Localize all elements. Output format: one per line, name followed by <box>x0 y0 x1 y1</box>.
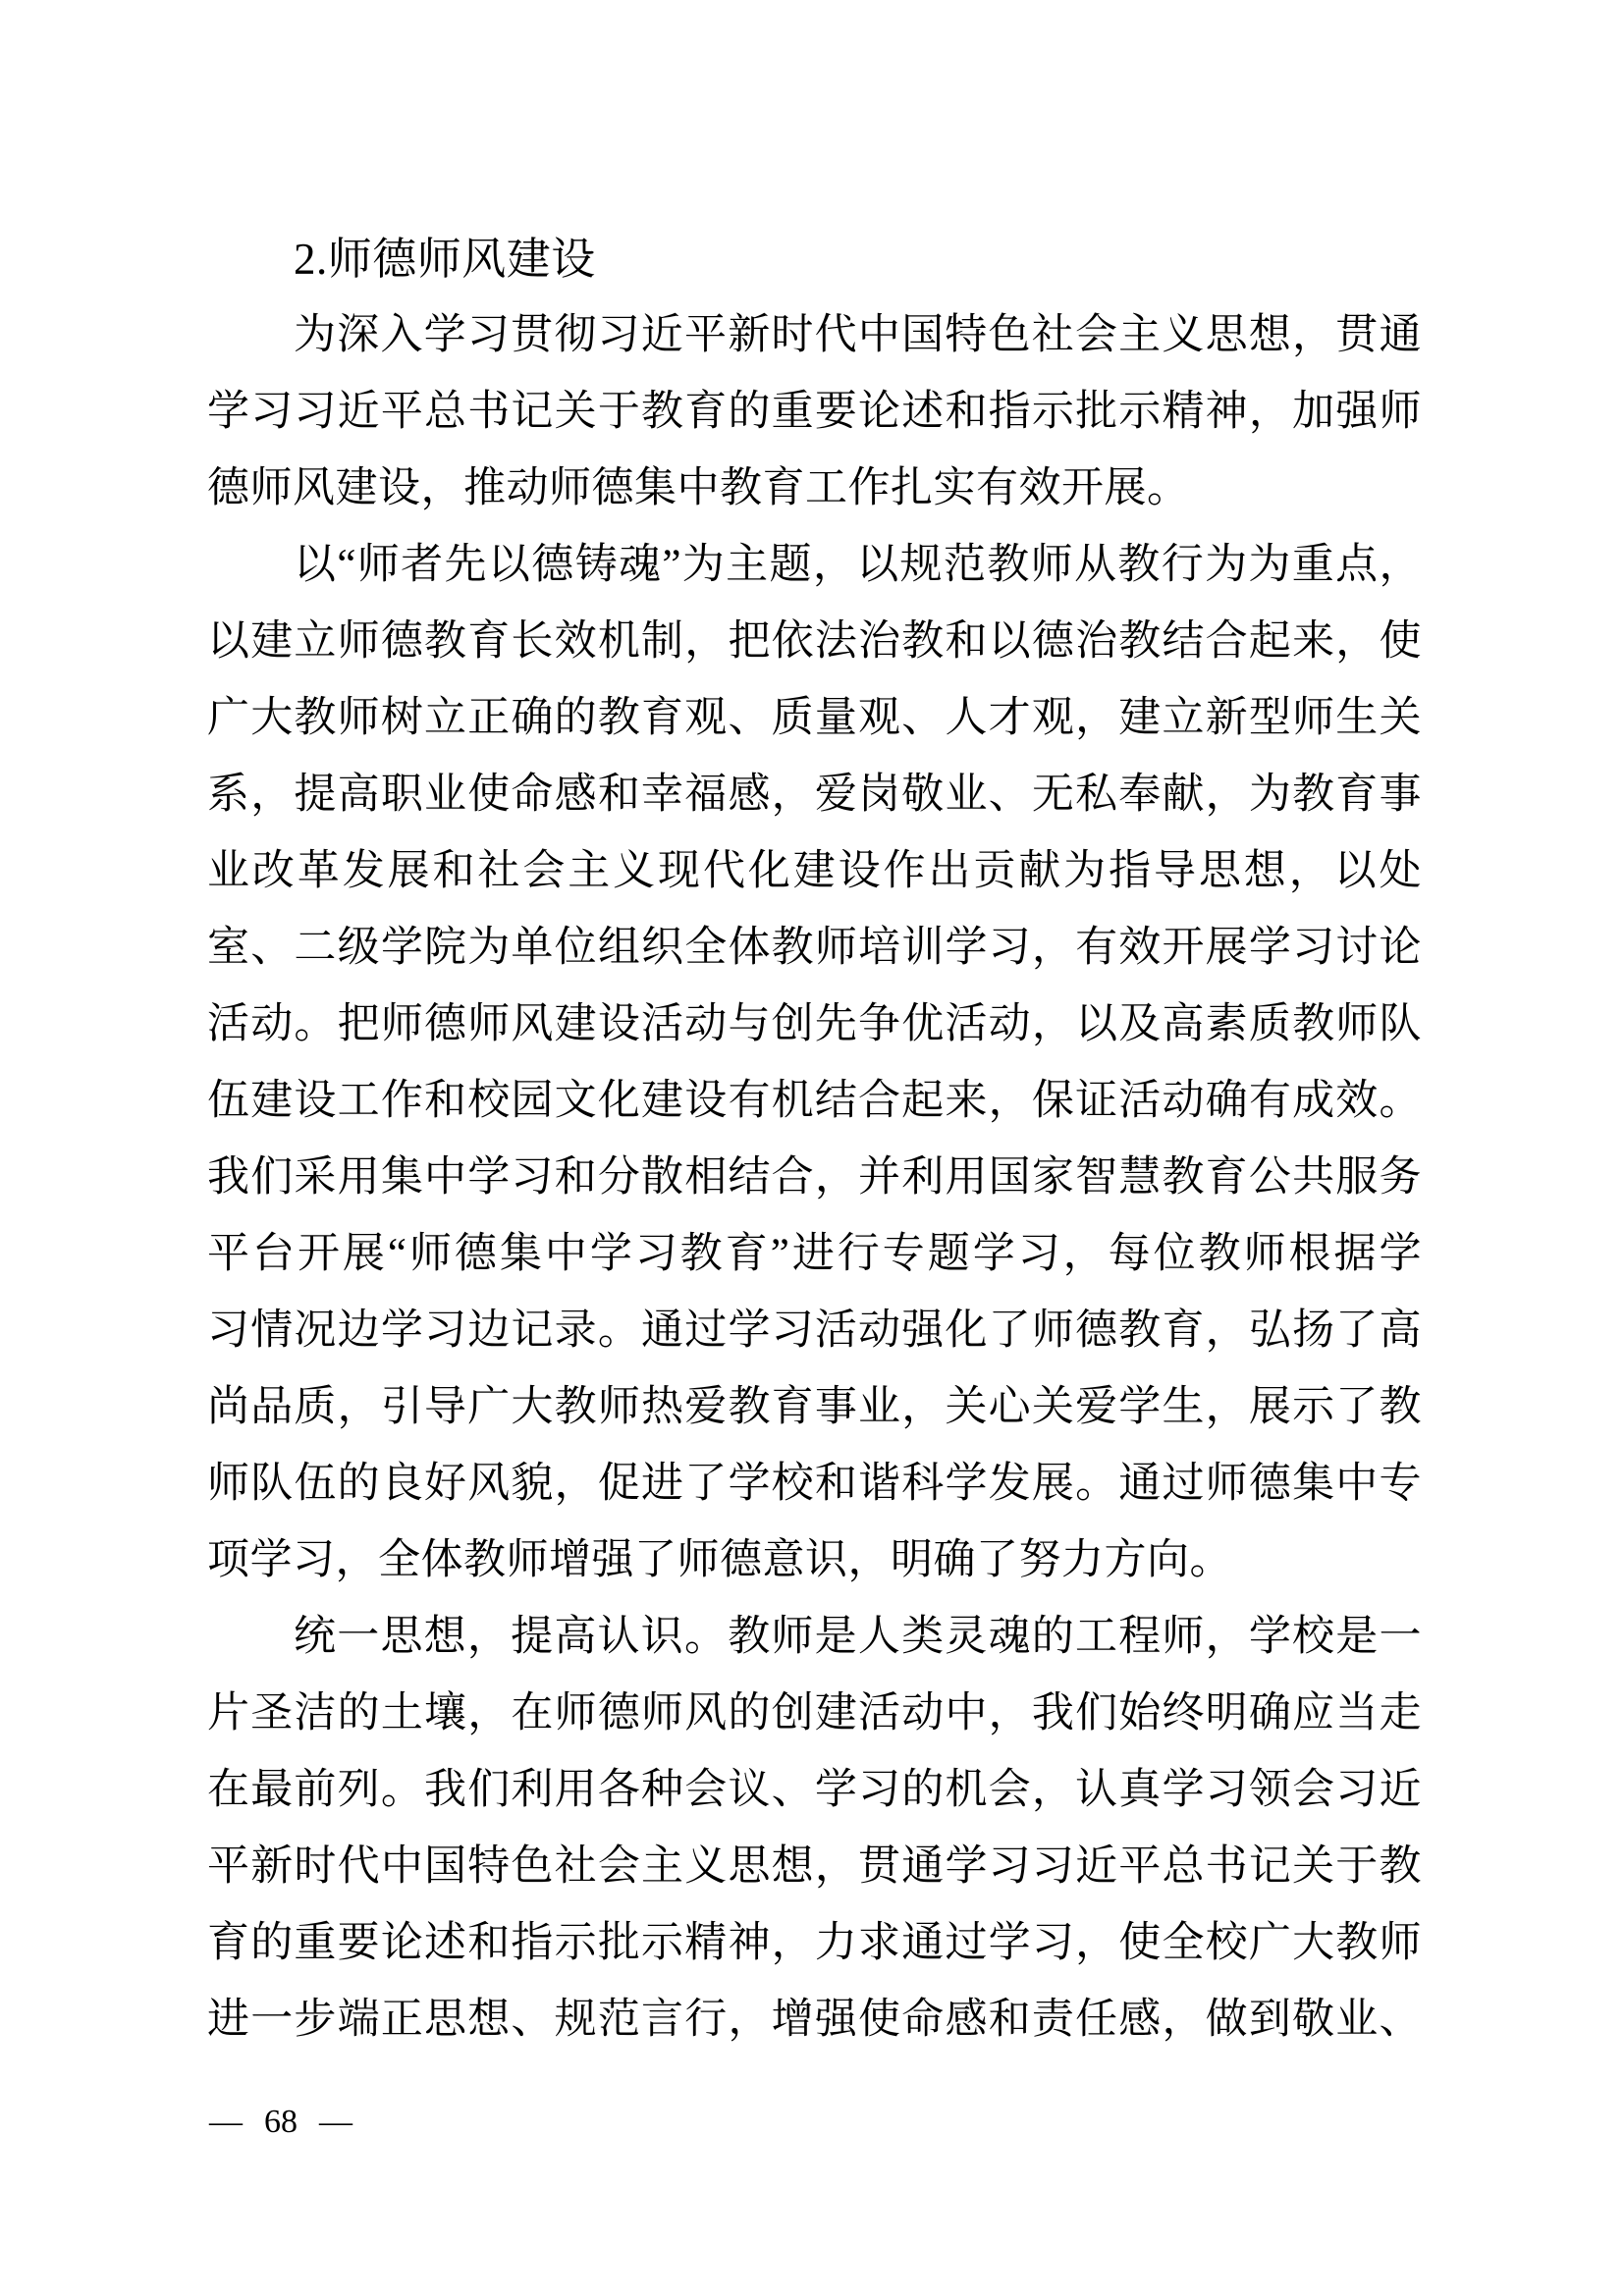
text-line: 育的重要论述和指示批示精神，力求通过学习，使全校广大教师 <box>207 1905 1422 1982</box>
text-line: 片圣洁的土壤，在师德师风的创建活动中，我们始终明确应当走 <box>207 1676 1422 1752</box>
text-line: 在最前列。我们利用各种会议、学习的机会，认真学习领会习近 <box>207 1752 1422 1829</box>
text-line: 系，提高职业使命感和幸福感，爱岗敬业、无私奉献，为教育事 <box>207 757 1422 833</box>
text-line: 习情况边学习边记录。通过学习活动强化了师德教育，弘扬了高 <box>207 1293 1422 1369</box>
paragraph: 为深入学习贯彻习近平新时代中国特色社会主义思想，贯通学习习近平总书记关于教育的重… <box>207 297 1422 527</box>
text-line: 业改革发展和社会主义现代化建设作出贡献为指导思想，以处 <box>207 833 1422 910</box>
text-line: 2.师德师风建设 <box>207 221 1422 297</box>
text-line: 伍建设工作和校园文化建设有机结合起来，保证活动确有成效。 <box>207 1063 1422 1140</box>
text-line: 为深入学习贯彻习近平新时代中国特色社会主义思想，贯通 <box>207 297 1422 374</box>
text-line: 平台开展“师德集中学习教育”进行专题学习，每位教师根据学 <box>207 1216 1422 1293</box>
page-footer: — 68 — <box>209 2097 352 2148</box>
text-line: 平新时代中国特色社会主义思想，贯通学习习近平总书记关于教 <box>207 1829 1422 1905</box>
text-line: 进一步端正思想、规范言行，增强使命感和责任感，做到敬业、 <box>207 1982 1422 2058</box>
page-number: 68 <box>264 2097 298 2148</box>
text-line: 德师风建设，推动师德集中教育工作扎实有效开展。 <box>207 451 1422 527</box>
section-heading: 2.师德师风建设 <box>207 221 1422 297</box>
paragraph: 以“师者先以德铸魂”为主题，以规范教师从教行为为重点，以建立师德教育长效机制，把… <box>207 527 1422 1599</box>
text-line: 以建立师德教育长效机制，把依法治教和以德治教结合起来，使 <box>207 604 1422 680</box>
text-line: 师队伍的良好风貌，促进了学校和谐科学发展。通过师德集中专 <box>207 1446 1422 1522</box>
footer-right-dash: — <box>319 2097 352 2148</box>
text-line: 室、二级学院为单位组织全体教师培训学习，有效开展学习讨论 <box>207 910 1422 987</box>
document-body: 2.师德师风建设为深入学习贯彻习近平新时代中国特色社会主义思想，贯通学习习近平总… <box>207 221 1422 2058</box>
text-line: 学习习近平总书记关于教育的重要论述和指示批示精神，加强师 <box>207 374 1422 451</box>
text-line: 活动。把师德师风建设活动与创先争优活动，以及高素质教师队 <box>207 987 1422 1063</box>
text-line: 项学习，全体教师增强了师德意识，明确了努力方向。 <box>207 1522 1422 1599</box>
text-line: 尚品质，引导广大教师热爱教育事业，关心关爱学生，展示了教 <box>207 1369 1422 1446</box>
text-line: 统一思想，提高认识。教师是人类灵魂的工程师，学校是一 <box>207 1599 1422 1676</box>
text-line: 我们采用集中学习和分散相结合，并利用国家智慧教育公共服务 <box>207 1140 1422 1216</box>
text-line: 以“师者先以德铸魂”为主题，以规范教师从教行为为重点， <box>207 527 1422 604</box>
text-line: 广大教师树立正确的教育观、质量观、人才观，建立新型师生关 <box>207 680 1422 757</box>
paragraph: 统一思想，提高认识。教师是人类灵魂的工程师，学校是一片圣洁的土壤，在师德师风的创… <box>207 1599 1422 2058</box>
footer-left-dash: — <box>209 2097 243 2148</box>
document-page: 2.师德师风建设为深入学习贯彻习近平新时代中国特色社会主义思想，贯通学习习近平总… <box>0 0 1624 2296</box>
